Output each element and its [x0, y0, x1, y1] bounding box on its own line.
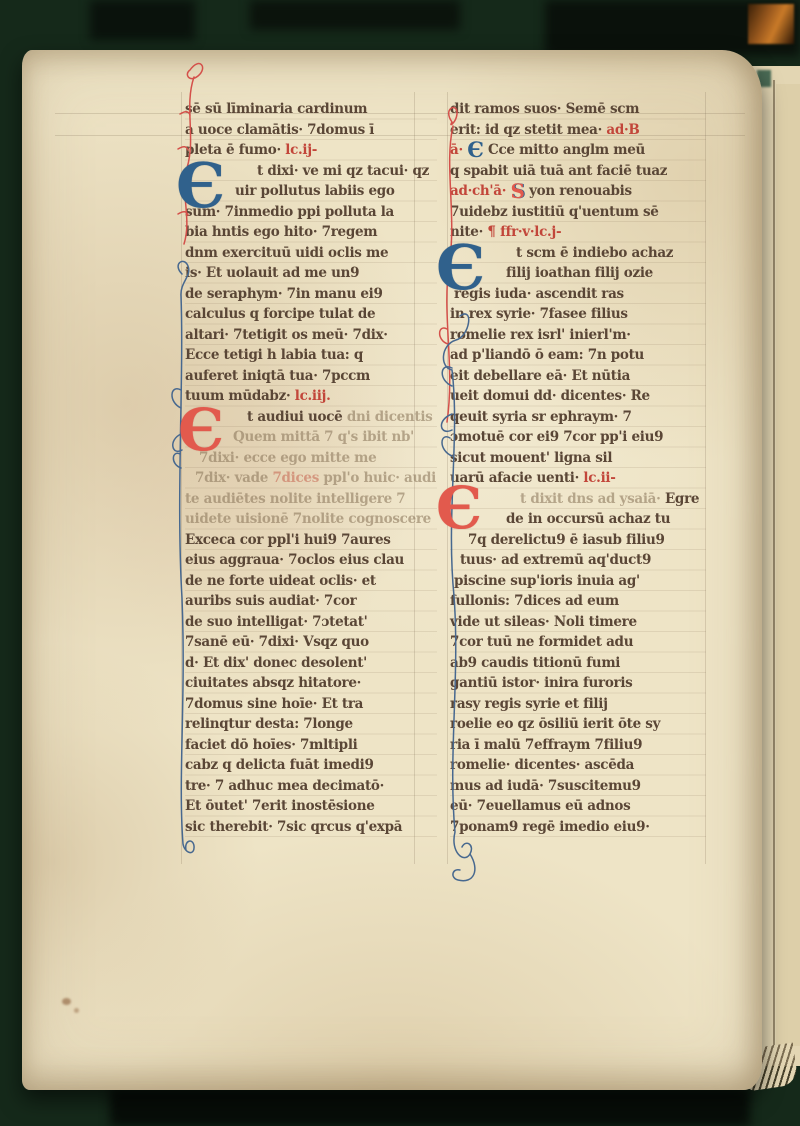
- text-line: uarū afacie uenti· lc.ii-: [450, 468, 706, 489]
- body-text: ciuitates absqz hitatore·: [185, 675, 361, 691]
- body-text: de in occursū achaz tu: [506, 511, 670, 527]
- text-line: t dixit dns ad ysaiā· Egre: [450, 489, 706, 510]
- text-line: cabz q delicta fuāt imedi9: [185, 755, 437, 776]
- text-line: de suo intelligat· 7ɔtetat': [185, 612, 437, 633]
- text-line: filij ioathan filij ozie: [450, 263, 706, 284]
- body-text: Exceca cor ppl'i hui9 7aures: [185, 532, 391, 548]
- body-text: uir pollutus labiis ego: [235, 183, 395, 199]
- body-text: ria ī malū 7effraym 7filiu9: [450, 737, 642, 753]
- body-text: te audiētes nolite intelligere 7: [185, 491, 405, 507]
- text-line: ā· Є Cce mitto anglm meū: [450, 140, 706, 161]
- body-text: roelie eo qz ōsiliū ierit ōte sy: [450, 716, 660, 732]
- body-text: 7dix· vade: [195, 470, 272, 486]
- text-line: erit: id qz stetit mea· ad·B: [450, 120, 706, 141]
- body-text: Egre: [665, 491, 699, 507]
- text-line: Ecce tetigi h labia tua: q: [185, 345, 437, 366]
- text-line: piscine sup'ioris inuia ag': [450, 571, 706, 592]
- body-text: yon renouabis: [525, 183, 632, 199]
- text-line: roelie eo qz ōsiliū ierit ōte sy: [450, 714, 706, 735]
- rubric-text: lc.ij-: [285, 142, 317, 158]
- body-text: eius aggraua· 7oclos eius clau: [185, 552, 404, 568]
- body-text: de suo intelligat· 7ɔtetat': [185, 614, 368, 630]
- body-text: 7q derelictu9 ē iasub filiu9: [468, 532, 665, 548]
- text-line: in rex syrie· 7fasee filius: [450, 304, 706, 325]
- text-line: 7dix· vade 7dices ppl'o huic· audi: [185, 468, 437, 489]
- body-text: q spabit uiā tuā ant faciē tuaz: [450, 163, 667, 179]
- body-text: 7sanē eū· 7dixi· Vsqz quo: [185, 634, 369, 650]
- text-line: 7ponam9 regē imedio eiu9·: [450, 817, 706, 838]
- text-line: is· Et uolauit ad me un9: [185, 263, 437, 284]
- body-text: dit ramos suos· Semē scm: [450, 101, 639, 117]
- body-text: 7ponam9 regē imedio eiu9·: [450, 819, 650, 835]
- body-text: altari· 7tetigit os meū· 7dix·: [185, 327, 388, 343]
- text-line: de in occursū achaz tu: [450, 509, 706, 530]
- text-line: fullonis: 7dices ad eum: [450, 591, 706, 612]
- body-text: vide ut sileas· Noli timere: [450, 614, 637, 630]
- body-text: t dixit dns ad ysaiā·: [520, 491, 665, 507]
- body-text: dnm exercituū uidi oclis me: [185, 245, 388, 261]
- text-line: 7sanē eū· 7dixi· Vsqz quo: [185, 632, 437, 653]
- illuminated-initial-blue: Є: [436, 240, 485, 296]
- text-line: 7q derelictu9 ē iasub filiu9: [450, 530, 706, 551]
- text-line: tuus· ad extremū aq'duct9: [450, 550, 706, 571]
- parchment-stain: [62, 998, 71, 1005]
- body-text: ad p'liandō ō eam: 7n potu: [450, 347, 644, 363]
- body-text: tuus· ad extremū aq'duct9: [460, 552, 651, 568]
- text-line: ciuitates absqz hitatore·: [185, 673, 437, 694]
- background-shadow: [90, 0, 195, 40]
- text-line: eit debellare eā· Et nūtia: [450, 366, 706, 387]
- text-line: eū· 7euellamus eū adnos: [450, 796, 706, 817]
- body-text: auribs suis audiat· 7cor: [185, 593, 356, 609]
- illuminated-initial-red: Є: [178, 404, 224, 456]
- body-text: calculus q forcipe tulat de: [185, 306, 375, 322]
- text-line: calculus q forcipe tulat de: [185, 304, 437, 325]
- text-line: uidete uisionē 7nolite cognoscere: [185, 509, 437, 530]
- body-text: de seraphym· 7in manu ei9: [185, 286, 383, 302]
- photo-background: sē sū līminaria cardinuma uoce clamātis·…: [0, 0, 800, 1126]
- penwork-flourish-blue-gutter: [428, 296, 478, 896]
- body-text: t dixi· ve mi qz tacui· qz: [257, 163, 429, 179]
- inline-initial: Є: [467, 137, 483, 162]
- text-line: bia hntis ego hito· 7regem: [185, 222, 437, 243]
- fore-edge-seam: [773, 80, 775, 1050]
- body-text: mus ad iudā· 7suscitemu9: [450, 778, 641, 794]
- text-line: sicut mouent' ligna sil: [450, 448, 706, 469]
- text-line: sē sū līminaria cardinum: [185, 99, 437, 120]
- text-line: auferet iniqtā tua· 7pccm: [185, 366, 437, 387]
- text-line: ueit domui dd· dicentes· Re: [450, 386, 706, 407]
- text-line: ad·ch'ā· S yon renouabis: [450, 181, 706, 202]
- body-text: bia hntis ego hito· 7regem: [185, 224, 377, 240]
- fore-edge-page-behind: [776, 84, 800, 1046]
- illuminated-initial-blue: Є: [176, 158, 225, 214]
- text-line: gantiū istor· inira furoris: [450, 673, 706, 694]
- body-text: dni dicentis: [347, 409, 433, 425]
- text-line: altari· 7tetigit os meū· 7dix·: [185, 325, 437, 346]
- text-line: Et ōutet' 7erit inostēsione: [185, 796, 437, 817]
- body-text: Et ōutet' 7erit inostēsione: [185, 798, 375, 814]
- body-text: t scm ē indiebo achaz: [516, 245, 673, 261]
- text-line: auribs suis audiat· 7cor: [185, 591, 437, 612]
- rubric-text: lc.ii-: [583, 470, 615, 486]
- body-text: tre· 7 adhuc mea decimatō·: [185, 778, 384, 794]
- rubric-text: ad·B: [606, 122, 639, 138]
- text-line: 7cor tuū ne formidet adu: [450, 632, 706, 653]
- body-text: sē sū līminaria cardinum: [185, 101, 367, 117]
- background-shadow: [250, 0, 460, 30]
- illuminated-initial-red: Є: [436, 482, 482, 534]
- rubric-text: lc.iij.: [295, 388, 331, 404]
- body-text: relinqtur desta: 7longe: [185, 716, 353, 732]
- text-line: ad p'liandō ō eam: 7n potu: [450, 345, 706, 366]
- text-line: faciet dō hoīes· 7mltipli: [185, 735, 437, 756]
- rubric-text: ¶ ffr·v·lc.j-: [487, 224, 561, 240]
- body-text: ɔmotuē cor ei9 7cor pp'i eiu9: [450, 429, 663, 445]
- text-line: romelie rex isrl' inierl'm·: [450, 325, 706, 346]
- text-line: regis iuda· ascendit ras: [450, 284, 706, 305]
- text-line: a uoce clamātis· 7domus ī: [185, 120, 437, 141]
- parchment-stain: [74, 1008, 79, 1013]
- text-line: vide ut sileas· Noli timere: [450, 612, 706, 633]
- text-column-right: dit ramos suos· Semē scmerit: id qz stet…: [450, 99, 706, 841]
- body-text: t audiui uocē: [247, 409, 347, 425]
- text-line: dit ramos suos· Semē scm: [450, 99, 706, 120]
- body-text: sic therebit· 7sic qrcus q'expā: [185, 819, 402, 835]
- body-text: d· Et dix' donec desolent': [185, 655, 367, 671]
- body-text: a uoce clamātis· 7domus ī: [185, 122, 374, 138]
- text-line: tre· 7 adhuc mea decimatō·: [185, 776, 437, 797]
- text-line: dnm exercituū uidi oclis me: [185, 243, 437, 264]
- body-text: 7uidebz iustitiū q'uentum sē: [450, 204, 659, 220]
- text-line: relinqtur desta: 7longe: [185, 714, 437, 735]
- body-text: Quem mittā 7 q's ibit nb': [233, 429, 414, 445]
- penwork-flourish-blue-left-margin: [168, 258, 204, 870]
- text-line: romelie· dicentes· ascēda: [450, 755, 706, 776]
- body-text: Ecce tetigi h labia tua: q: [185, 347, 363, 363]
- text-line: te audiētes nolite intelligere 7: [185, 489, 437, 510]
- body-text: cabz q delicta fuāt imedi9: [185, 757, 374, 773]
- body-text: filij ioathan filij ozie: [506, 265, 653, 281]
- body-text: 7domus sine hoīe· Et tra: [185, 696, 363, 712]
- text-line: ɔmotuē cor ei9 7cor pp'i eiu9: [450, 427, 706, 448]
- text-line: mus ad iudā· 7suscitemu9: [450, 776, 706, 797]
- text-line: q spabit uiā tuā ant faciē tuaz: [450, 161, 706, 182]
- body-text: ppl'o huic· audi: [319, 470, 436, 486]
- text-line: nite· ¶ ffr·v·lc.j-: [450, 222, 706, 243]
- body-text: is· Et uolauit ad me un9: [185, 265, 359, 281]
- body-text: de ne forte uideat oclis· et: [185, 573, 376, 589]
- body-text: Cce mitto anglm meū: [484, 142, 645, 158]
- body-text: erit: id qz stetit mea·: [450, 122, 606, 138]
- text-line: de ne forte uideat oclis· et: [185, 571, 437, 592]
- inline-initial: S: [511, 179, 525, 203]
- text-line: rasy regis syrie et filij: [450, 694, 706, 715]
- text-line: 7uidebz iustitiū q'uentum sē: [450, 202, 706, 223]
- background-shadow: [110, 1088, 750, 1126]
- binding-edge-orange: [748, 4, 794, 44]
- body-text: uidete uisionē 7nolite cognoscere: [185, 511, 431, 527]
- text-line: ria ī malū 7effraym 7filiu9: [450, 735, 706, 756]
- body-text: auferet iniqtā tua· 7pccm: [185, 368, 370, 384]
- text-line: ab9 caudis titionū fumi: [450, 653, 706, 674]
- text-line: sic therebit· 7sic qrcus q'expā: [185, 817, 437, 838]
- body-text: 7dices: [272, 470, 319, 486]
- body-text: 7dixi· ecce ego mitte me: [199, 450, 376, 466]
- text-line: de seraphym· 7in manu ei9: [185, 284, 437, 305]
- text-line: 7domus sine hoīe· Et tra: [185, 694, 437, 715]
- text-line: Exceca cor ppl'i hui9 7aures: [185, 530, 437, 551]
- body-text: ueit domui dd· dicentes· Re: [450, 388, 650, 404]
- text-line: d· Et dix' donec desolent': [185, 653, 437, 674]
- text-line: eius aggraua· 7oclos eius clau: [185, 550, 437, 571]
- body-text: piscine sup'ioris inuia ag': [454, 573, 640, 589]
- text-line: t scm ē indiebo achaz: [450, 243, 706, 264]
- body-text: faciet dō hoīes· 7mltipli: [185, 737, 357, 753]
- text-line: qeuit syria sr ephraym· 7: [450, 407, 706, 428]
